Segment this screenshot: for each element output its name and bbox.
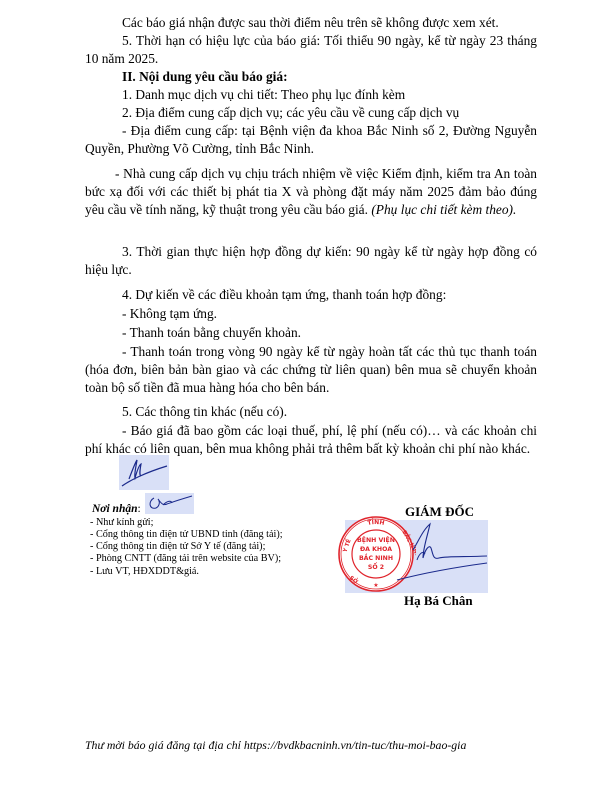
svg-text:ĐA KHOA: ĐA KHOA xyxy=(360,546,392,553)
document-page: Các báo giá nhận được sau thời điểm nêu … xyxy=(0,0,592,802)
recipient-item: - Như kính gửi; xyxy=(90,517,153,529)
other-info-heading: 5. Các thông tin khác (nếu có). xyxy=(122,403,287,421)
footer-url-note: Thư mời báo giá đăng tại địa chỉ https:/… xyxy=(85,738,466,753)
bank-transfer-item: - Thanh toán bằng chuyển khoản. xyxy=(122,324,301,342)
service-list-item: 1. Danh mục dịch vụ chi tiết: Theo phụ l… xyxy=(122,86,405,104)
payment-deadline-paragraph: - Thanh toán trong vòng 90 ngày kể từ ng… xyxy=(85,343,537,397)
service-location-heading: 2. Địa điểm cung cấp dịch vụ; các yêu cầ… xyxy=(122,104,459,122)
director-signature-icon xyxy=(395,520,490,595)
recipients-label: Nơi nhận: xyxy=(92,500,141,518)
contract-duration-paragraph: 3. Thời gian thực hiện hợp đồng dự kiến:… xyxy=(85,243,537,279)
no-advance-item: - Không tạm ứng. xyxy=(122,305,217,323)
section-heading: II. Nội dung yêu cầu báo giá: xyxy=(122,68,288,86)
recipient-item: - Cổng thông tin điện tử Sở Y tế (đăng t… xyxy=(90,541,265,553)
price-inclusion-paragraph: - Báo giá đã bao gồm các loại thuế, phí,… xyxy=(85,422,537,458)
recipient-item: - Lưu VT, HĐXDDT&giá. xyxy=(90,566,199,578)
svg-text:★: ★ xyxy=(373,582,378,589)
appendix-note: (Phụ lục chi tiết kèm theo). xyxy=(371,202,516,217)
service-location-paragraph: - Địa điểm cung cấp: tại Bệnh viện đa kh… xyxy=(85,122,537,158)
signer-name: Hạ Bá Chân xyxy=(404,592,473,610)
svg-text:BỆNH VIỆN: BỆNH VIỆN xyxy=(357,535,395,544)
supplier-responsibility-paragraph: - Nhà cung cấp dịch vụ chịu trách nhiệm … xyxy=(85,165,537,219)
validity-paragraph: 5. Thời hạn có hiệu lực của báo giá: Tối… xyxy=(85,32,537,68)
recipients-initial-icon xyxy=(145,493,194,514)
recipient-item: - Cổng thông tin điện tử UBND tỉnh (đăng… xyxy=(90,529,283,541)
late-quotes-note: Các báo giá nhận được sau thời điểm nêu … xyxy=(122,14,499,32)
payment-terms-heading: 4. Dự kiến về các điều khoản tạm ứng, th… xyxy=(122,286,446,304)
recipient-item: - Phòng CNTT (đăng tải trên website của … xyxy=(90,553,281,565)
initial-signature-icon xyxy=(119,455,169,490)
